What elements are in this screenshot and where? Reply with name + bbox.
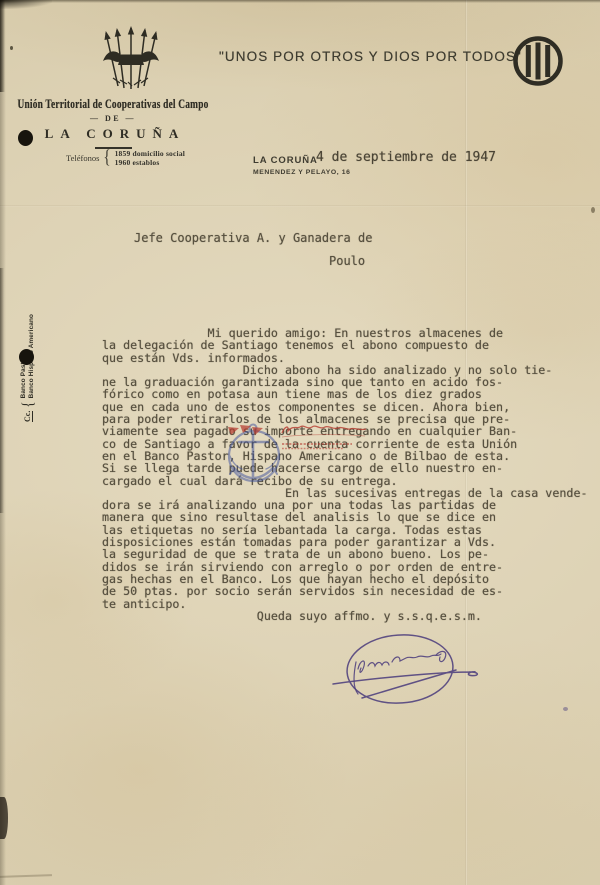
- punch-hole: [18, 130, 33, 146]
- phone-line: 1859 domicilio social: [115, 149, 185, 158]
- dark-corner-top-left: [0, 0, 52, 9]
- typed-line: manera que sino resultase del analisis l…: [102, 511, 542, 523]
- letter-scan-page: Unión Territorial de Cooperativas del Ca…: [0, 0, 600, 885]
- ink-speck: [563, 707, 568, 711]
- motto: "UNOS POR OTROS Y DIOS POR TODOS": [219, 49, 522, 64]
- red-watermark-signature: [224, 419, 374, 457]
- yoke-and-arrows-emblem-icon: [98, 24, 164, 94]
- horizontal-fold-crease: [0, 205, 600, 207]
- recipient-place: Poulo: [329, 254, 365, 268]
- ink-speck: [10, 46, 13, 50]
- dateline-city: LA CORUÑA: [253, 155, 318, 166]
- ink-speck: [591, 207, 595, 213]
- typed-line: Si se llega tarde puede hacerse cargo de…: [102, 462, 542, 474]
- typed-line: te anticipo.: [102, 598, 542, 610]
- dateline-typed-date: 4 de septiembre de 1947: [316, 150, 496, 165]
- phone-line: 1960 establos: [115, 158, 160, 167]
- letter-body: Mi querido amigo: En nuestros almacenes …: [102, 327, 542, 622]
- punch-hole: [19, 349, 34, 365]
- pencil-mark: [0, 874, 52, 878]
- closing-line: Queda suyo affmo. y s.s.q.e.s.m.: [102, 610, 542, 622]
- barred-circle-logo-icon: [511, 34, 565, 88]
- handwritten-signature: [320, 622, 490, 714]
- edge-shadow-patch: [0, 268, 4, 513]
- brace-icon: {: [18, 401, 37, 407]
- typed-line: de 50 ptas. por socio serán servidos sin…: [102, 585, 542, 597]
- cc-label: Cc.: [23, 411, 33, 422]
- typed-line: la delegación de Santiago tenemos el abo…: [102, 339, 542, 351]
- phones-block: Teléfonos { 1859 domicilio social 1960 e…: [66, 149, 185, 167]
- org-name: Unión Territorial de Cooperativas del Ca…: [17, 96, 208, 112]
- edge-shadow-patch: [0, 0, 5, 92]
- brace-icon: {: [103, 147, 110, 168]
- recipient-line: Jefe Cooperativa A. y Ganadera de: [134, 231, 372, 245]
- org-city: LA CORUÑA: [45, 126, 186, 142]
- typed-line: cargado el cual dará recibo de su entreg…: [102, 475, 542, 487]
- dateline-street: MENENDEZ Y PELAYO, 16: [253, 169, 350, 176]
- typed-line: la seguridad de que se trata de un abono…: [102, 548, 542, 560]
- scan-top-edge: [0, 0, 600, 3]
- phones-label: Teléfonos: [66, 153, 99, 163]
- phone-lines: 1859 domicilio social 1960 establos: [115, 149, 185, 167]
- org-de-separator: — DE —: [90, 114, 136, 123]
- edge-shadow-patch: [0, 797, 8, 839]
- typed-line: fórico como en potasa aun tiene mas de l…: [102, 388, 542, 400]
